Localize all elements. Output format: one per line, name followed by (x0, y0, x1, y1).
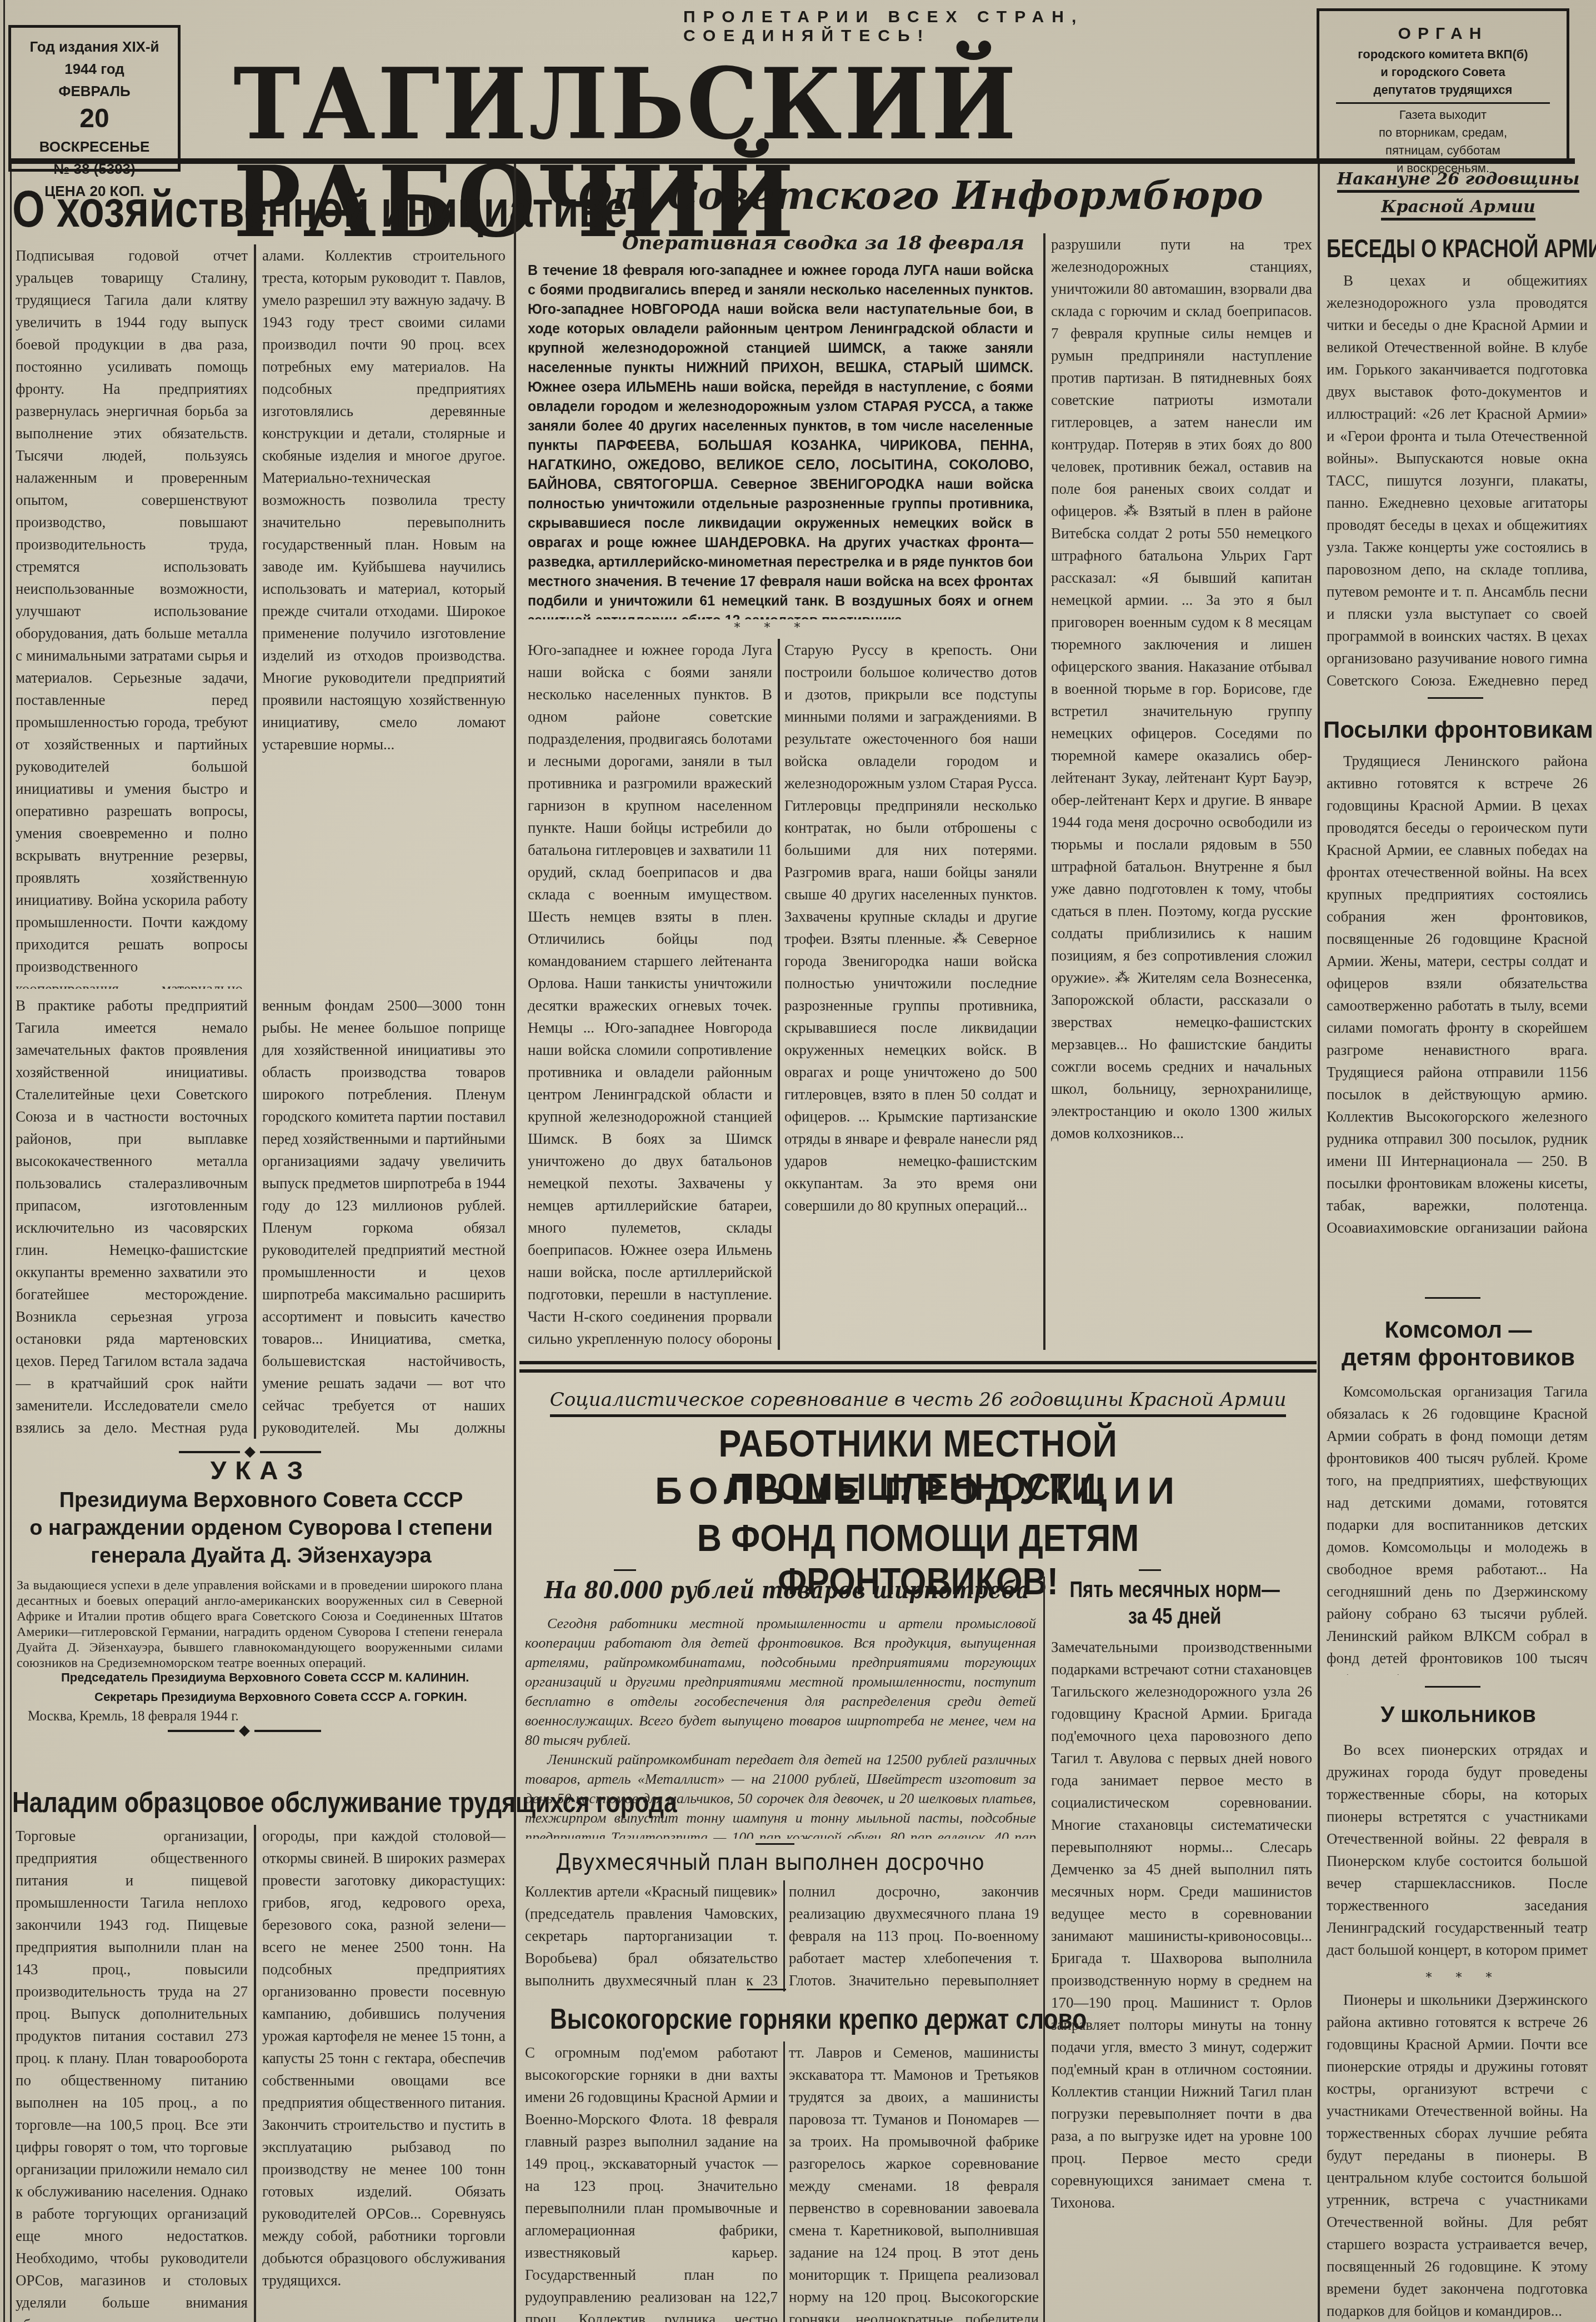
decree-signature: Председатель Президиума Верховного Совет… (61, 1667, 469, 1689)
article-norms-headline: Пять месячных норм— (1047, 1578, 1302, 1603)
komsomol-headline: детям фронтовиков (1322, 1344, 1594, 1371)
decree-signature: Секретарь Президиума Верховного Совета С… (94, 1686, 467, 1708)
right-kicker: Накануне 26 годовщины (1337, 169, 1580, 193)
page-edge-rule (3, 0, 5, 2322)
editorial-col1-cont: В практике работы предприятий Тагила име… (16, 994, 248, 1439)
sovinformburo-col-c: разрушили пути на трех железнодорожных с… (1051, 233, 1312, 1350)
conversations-headline: БЕСЕДЫ О КРАСНОЙ АРМИИ (1327, 233, 1596, 263)
right-kicker-wrap: Накануне 26 годовщины (1322, 169, 1594, 193)
masthead-slogan: ПРОЛЕТАРИИ ВСЕХ СТРАН, СОЕДИНЯЙТЕСЬ! (683, 8, 1261, 46)
decree-subtitle: генерала Дуайта Д. Эйзенхауэра (11, 1544, 511, 1568)
article-norms-body: Замечательными производственными подарка… (1051, 1636, 1312, 2322)
paragraph: Сегодня работники местной промышленности… (525, 1614, 1036, 1750)
article-plan-headline: Двухмесячный план выполнен досрочно (556, 1850, 984, 1875)
publication-day: 20 (11, 102, 178, 136)
column-rule (783, 1880, 785, 1991)
stars-divider: * * * (1422, 1971, 1505, 1985)
section-double-rule (519, 1369, 1317, 1373)
short-divider (614, 1569, 636, 1571)
schedule-line: по вторникам, средам, (1319, 124, 1567, 142)
article-norms-headline: за 45 дней (1047, 1604, 1302, 1629)
article-miners-col2: тт. Лавров и Семенов, машинисты экскават… (789, 2041, 1039, 2322)
schedule-line: пятницам, субботам (1319, 142, 1567, 159)
schedule-line: Газета выходит (1319, 106, 1567, 124)
publication-month: ФЕВРАЛЬ (11, 80, 178, 102)
competition-headline: БОЛЬШЕ ПРОДУКЦИИ (519, 1469, 1317, 1513)
diamond-icon: ◆ (239, 1722, 250, 1739)
masthead-rule (11, 158, 1575, 164)
short-divider (1139, 1569, 1161, 1571)
editorial-col2-cont: венным фондам 2500—3000 тонн рыбы. Не ме… (262, 994, 506, 1439)
paragraph: Ленинский райпромкомбинат передает для д… (525, 1750, 1036, 1839)
organ-line: и городского Совета (1319, 63, 1567, 81)
sovinformburo-col-a: Юго-западнее и южнее города Луга наши во… (528, 639, 772, 1350)
parcels-headline: Посылки фронтовикам (1322, 717, 1594, 743)
komsomol-body: Комсомольская организация Тагила обязала… (1327, 1380, 1588, 1675)
stars-divider: * * * (717, 621, 828, 635)
komsomol-headline: Комсомол — (1322, 1317, 1594, 1343)
column-rule (1318, 164, 1320, 2322)
parcels-body: Трудящиеся Ленинского района активно гот… (1327, 750, 1588, 1233)
short-divider (756, 1843, 794, 1845)
article-ширпотреб-headline: На 80.000 рублей товаров ширпотреба (544, 1577, 1029, 1604)
short-divider (1425, 1297, 1480, 1299)
competition-banner-wrap: Социалистическое соревнование в честь 26… (519, 1389, 1317, 1417)
short-divider (747, 1989, 786, 1990)
decree-subtitle: Президиума Верховного Совета СССР (11, 1489, 511, 1513)
edition-year: Год издания XIX-й (11, 36, 178, 58)
newspaper-page: ПРОЛЕТАРИИ ВСЕХ СТРАН, СОЕДИНЯЙТЕСЬ! Год… (0, 0, 1596, 2322)
editorial-col2: алами. Коллектив строительного треста, к… (262, 244, 506, 989)
organ-line: депутатов трудящихся (1319, 81, 1567, 99)
short-divider (1428, 697, 1483, 699)
organ-line: городского комитета ВКП(б) (1319, 46, 1567, 63)
article-miners-col1: С огромным под'емом работают высокогорск… (525, 2041, 778, 2322)
sovinformburo-subhead: Оперативная сводка за 18 февраля (622, 232, 1024, 254)
column-rule (254, 244, 256, 1439)
decree-title: УКАЗ (11, 1455, 511, 1485)
sovinformburo-headline: От Советского Информбюро (519, 172, 1322, 218)
page-margin-rule (10, 161, 12, 2322)
publication-year: 1944 год (11, 58, 178, 80)
column-rule (1043, 1577, 1045, 2322)
service-col1: Торговые организации, предприятия общест… (16, 1825, 248, 2322)
column-rule (783, 2041, 785, 2322)
column-rule (514, 164, 516, 2322)
organ-label: ОРГАН (1319, 22, 1567, 46)
article-miners-headline: Высокогорские горняки крепко держат слов… (550, 2003, 1087, 2036)
right-kicker: Красной Армии (1381, 197, 1535, 221)
column-rule (778, 639, 780, 1350)
column-rule (1043, 233, 1045, 1350)
publication-weekday: ВОСКРЕСЕНЬЕ (11, 136, 178, 158)
short-divider (1425, 1686, 1480, 1688)
section-double-rule (519, 1361, 1317, 1364)
schoolchildren-headline: У школьников (1322, 1703, 1594, 1728)
conversations-body: В цехах и общежитиях железнодорожного уз… (1327, 269, 1588, 692)
article-plan-col2: полнил досрочно, закончив реализацию дву… (789, 1880, 1039, 1991)
schoolchildren-body-2: Пионеры и школьники Дзержинского района … (1327, 1989, 1588, 2322)
column-rule (254, 1825, 256, 2322)
schoolchildren-body: Во всех пионерских отрядах и дружинах го… (1327, 1739, 1588, 1961)
decree-subtitle: о награждении орденом Суворова I степени (11, 1517, 511, 1540)
right-kicker-wrap: Красной Армии (1322, 197, 1594, 221)
ornament-divider: ◆ (156, 1722, 333, 1739)
competition-banner: Социалистическое соревнование в честь 26… (550, 1389, 1287, 1417)
article-ширпотреб-body: Сегодня работники местной промышленности… (525, 1614, 1036, 1839)
sovinformburo-summary: В течение 18 февраля юго-западнее и южне… (528, 261, 1033, 619)
editorial-col1: Подписывая годовой отчет уральцев товари… (16, 244, 248, 989)
masthead-right-box: ОРГАН городского комитета ВКП(б) и город… (1317, 8, 1569, 161)
service-col2: огороды, при каждой столовой—откормы сви… (262, 1825, 506, 2322)
sovinformburo-col-b: Старую Руссу в крепость. Они построили б… (784, 639, 1037, 1350)
masthead-left-box: Год издания XIX-й 1944 год ФЕВРАЛЬ 20 ВО… (8, 25, 181, 172)
article-plan-col1: Коллектив артели «Красный пищевик» (пред… (525, 1880, 778, 1991)
